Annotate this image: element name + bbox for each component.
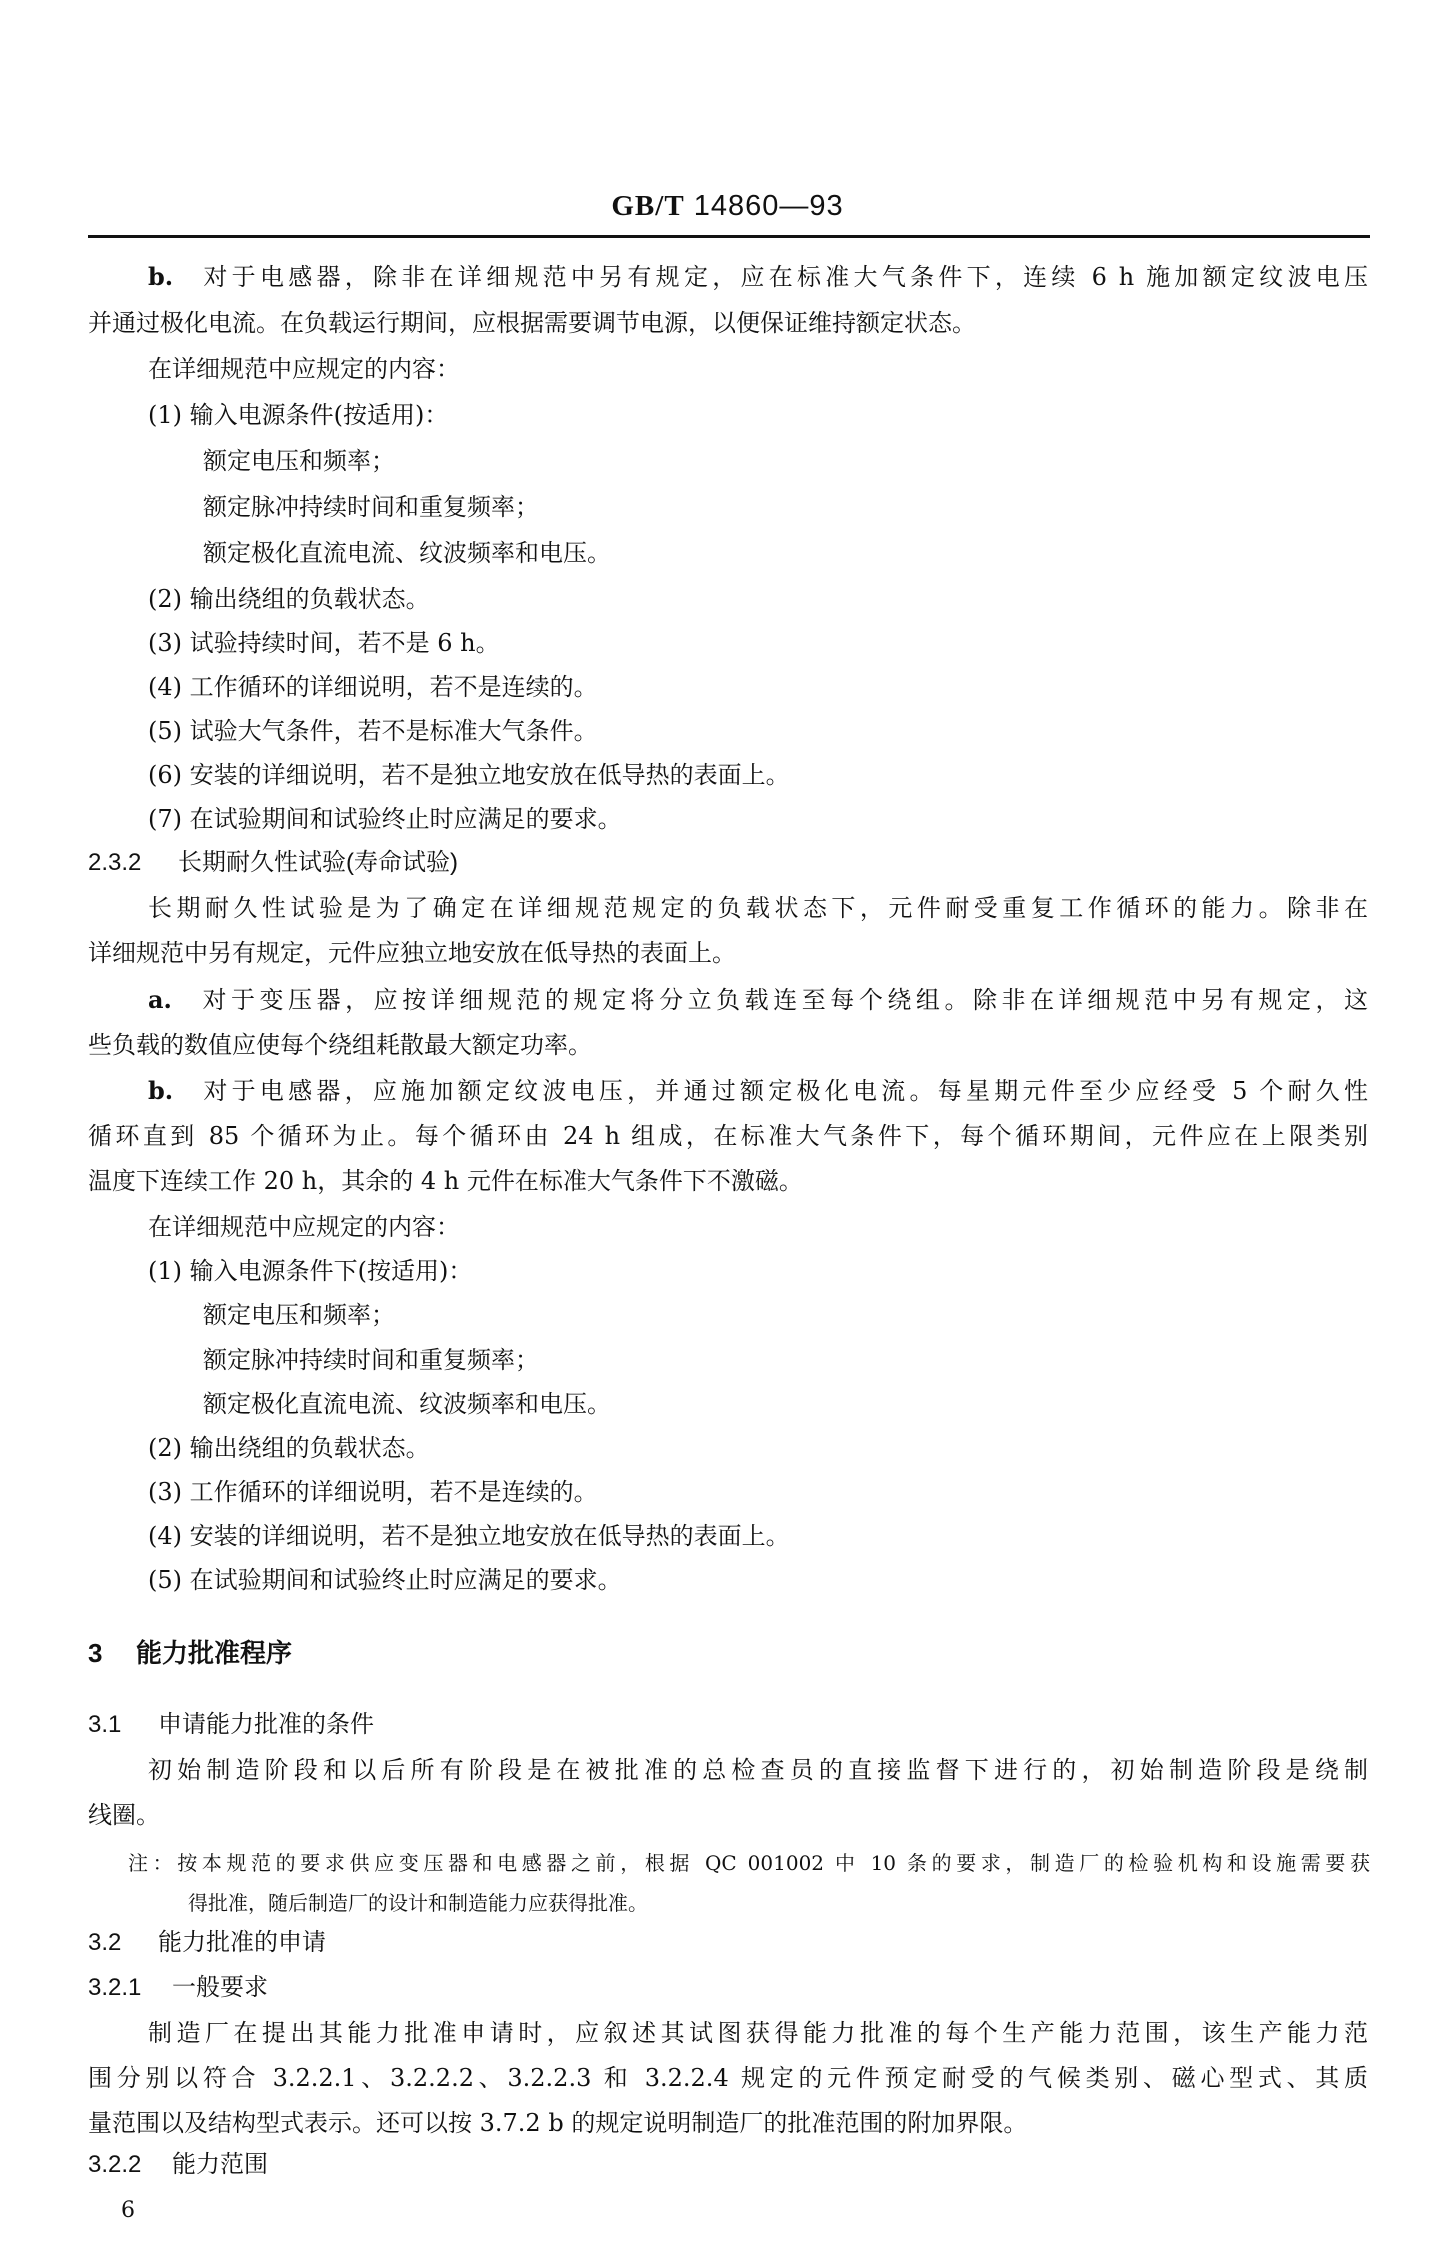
section-title: 能力批准的申请: [158, 1929, 326, 1956]
list-item: (1) 输入电源条件下(按适用)：: [148, 1256, 472, 1286]
paragraph-line: 围分别以符合 3.2.2.1、3.2.2.2、3.2.2.3 和 3.2.2.4…: [88, 2063, 1368, 2093]
note-line1: 注：按本规范的要求供应变压器和电感器之前，根据 QC 001002 中 10 条…: [128, 1848, 1370, 1878]
section-title: 能力范围: [172, 2151, 268, 2178]
list-item: (2) 输出绕组的负载状态。: [148, 584, 430, 614]
list-item: (7) 在试验期间和试验终止时应满足的要求。: [148, 804, 622, 834]
item-mark: b.: [148, 262, 173, 291]
list-subitem: 额定脉冲持续时间和重复频率；: [203, 492, 539, 522]
section-heading-3-2-1: 3.2.1一般要求: [88, 1973, 268, 2003]
paragraph-b-inductor-line2: 并通过极化电流。在负载运行期间，应根据需要调节电源，以便保证维持额定状态。: [88, 308, 976, 338]
list-subitem: 额定极化直流电流、纹波频率和电压。: [203, 1389, 611, 1419]
list-item: (1) 输入电源条件(按适用)：: [148, 400, 448, 430]
list-subitem: 额定脉冲持续时间和重复频率；: [203, 1345, 539, 1375]
page-number: 6: [121, 2198, 135, 2223]
list-item: (3) 工作循环的详细说明，若不是连续的。: [148, 1477, 598, 1507]
paragraph-b-inductor2-line3: 温度下连续工作 20 h，其余的 4 h 元件在标准大气条件下不激磁。: [88, 1166, 803, 1196]
section-heading-3: 3能力批准程序: [88, 1638, 292, 1668]
section-title: 能力批准程序: [136, 1638, 292, 1668]
section-number: 3.1: [88, 1710, 138, 1740]
standard-number: 14860—93: [694, 190, 844, 222]
item-mark: a.: [148, 985, 172, 1014]
list-item: (5) 在试验期间和试验终止时应满足的要求。: [148, 1565, 622, 1595]
list-item: (2) 输出绕组的负载状态。: [148, 1433, 430, 1463]
paragraph-line: 线圈。: [88, 1800, 160, 1830]
item-mark: b.: [148, 1076, 173, 1105]
list-item: (3) 试验持续时间，若不是 6 h。: [148, 628, 500, 658]
paragraph-b-inductor2-line2: 循环直到 85 个循环为止。每个循环由 24 h 组成，在标准大气条件下，每个循…: [88, 1121, 1368, 1151]
section-title: 一般要求: [172, 1974, 268, 2001]
header-divider: [88, 235, 1370, 238]
section-number: 3: [88, 1638, 116, 1668]
paragraph-b-inductor2-line1: b.对于电感器，应施加额定纹波电压，并通过额定极化电流。每星期元件至少应经受 5…: [88, 1076, 1368, 1106]
section-title: 申请能力批准的条件: [158, 1711, 374, 1738]
paragraph-line: 量范围以及结构型式表示。还可以按 3.7.2 b 的规定说明制造厂的批准范围的附…: [88, 2108, 1027, 2138]
section-number: 3.2: [88, 1928, 138, 1958]
paragraph-line: 初始制造阶段和以后所有阶段是在被批准的总检查员的直接监督下进行的，初始制造阶段是…: [88, 1755, 1368, 1785]
paragraph-line: 制造厂在提出其能力批准申请时，应叙述其试图获得能力批准的每个生产能力范围，该生产…: [88, 2018, 1368, 2048]
section-heading-3-1: 3.1申请能力批准的条件: [88, 1710, 374, 1740]
paragraph-line: 长期耐久性试验是为了确定在详细规范规定的负载状态下，元件耐受重复工作循环的能力。…: [88, 893, 1368, 923]
note-line2: 得批准，随后制造厂的设计和制造能力应获得批准。: [188, 1888, 648, 1918]
section-number: 2.3.2: [88, 848, 158, 878]
section-title: 长期耐久性试验(寿命试验): [178, 849, 458, 876]
spec-intro: 在详细规范中应规定的内容：: [148, 1212, 460, 1242]
paragraph-b-inductor-line1: b.对于电感器，除非在详细规范中另有规定，应在标准大气条件下，连续 6 h 施加…: [88, 262, 1368, 292]
paragraph-line: 详细规范中另有规定，元件应独立地安放在低导热的表面上。: [88, 938, 736, 968]
paragraph-a-transformer-line2: 些负载的数值应使每个绕组耗散最大额定功率。: [88, 1030, 592, 1060]
list-subitem: 额定电压和频率；: [203, 1300, 395, 1330]
list-item: (5) 试验大气条件，若不是标准大气条件。: [148, 716, 598, 746]
section-number: 3.2.2: [88, 2150, 152, 2180]
list-subitem: 额定电压和频率；: [203, 446, 395, 476]
list-item: (4) 安装的详细说明，若不是独立地安放在低导热的表面上。: [148, 1521, 790, 1551]
list-subitem: 额定极化直流电流、纹波频率和电压。: [203, 538, 611, 568]
section-heading-3-2-2: 3.2.2能力范围: [88, 2150, 268, 2180]
section-heading-2-3-2: 2.3.2长期耐久性试验(寿命试验): [88, 848, 458, 878]
spec-intro: 在详细规范中应规定的内容：: [148, 354, 460, 384]
list-item: (4) 工作循环的详细说明，若不是连续的。: [148, 672, 598, 702]
list-item: (6) 安装的详细说明，若不是独立地安放在低导热的表面上。: [148, 760, 790, 790]
paragraph-a-transformer-line1: a.对于变压器，应按详细规范的规定将分立负载连至每个绕组。除非在详细规范中另有规…: [88, 985, 1368, 1015]
standard-code: GB/T: [611, 190, 684, 222]
section-number: 3.2.1: [88, 1973, 152, 2003]
page-header: GB/T 14860—93: [0, 190, 1455, 223]
section-heading-3-2: 3.2能力批准的申请: [88, 1928, 326, 1958]
